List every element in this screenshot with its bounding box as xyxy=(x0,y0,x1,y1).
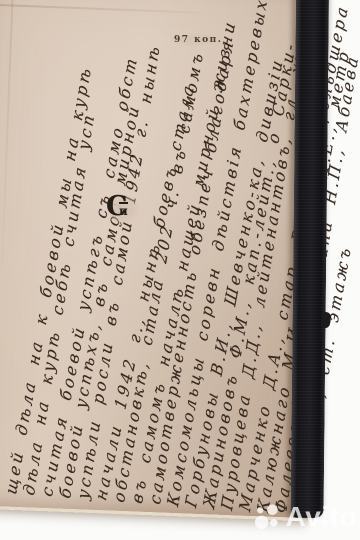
listing-photo: щей дѣла на к боевой мы на курѣдѣла на к… xyxy=(0,0,360,540)
printed-price-label: 97 коп. xyxy=(168,33,228,47)
paper-crease xyxy=(1,0,14,268)
binding-notch xyxy=(320,312,331,329)
monogram-letter-p: п xyxy=(119,202,128,217)
book-spine-binding xyxy=(291,0,329,518)
paper-crease xyxy=(0,4,200,14)
book-endpaper xyxy=(0,0,326,521)
publisher-monogram-stamp: С п xyxy=(106,194,140,224)
